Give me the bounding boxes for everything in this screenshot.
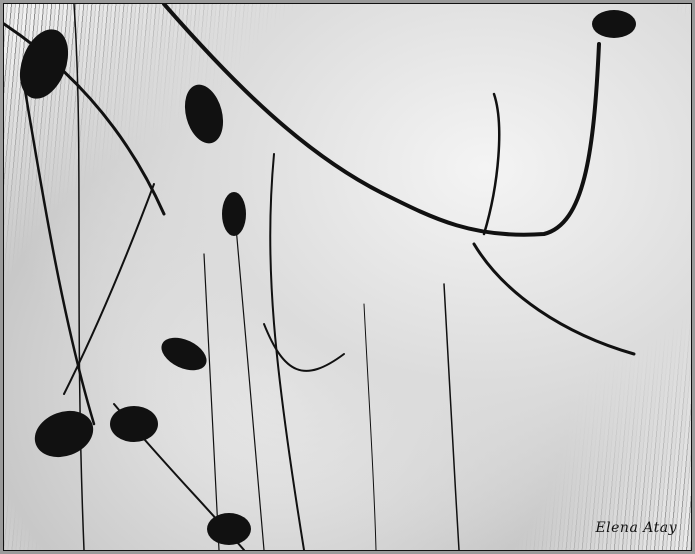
photo-frame: Elena Atay <box>0 0 695 554</box>
artist-signature: Elena Atay <box>595 520 677 536</box>
branches-illustration <box>4 4 691 550</box>
photo: Elena Atay <box>3 3 692 551</box>
